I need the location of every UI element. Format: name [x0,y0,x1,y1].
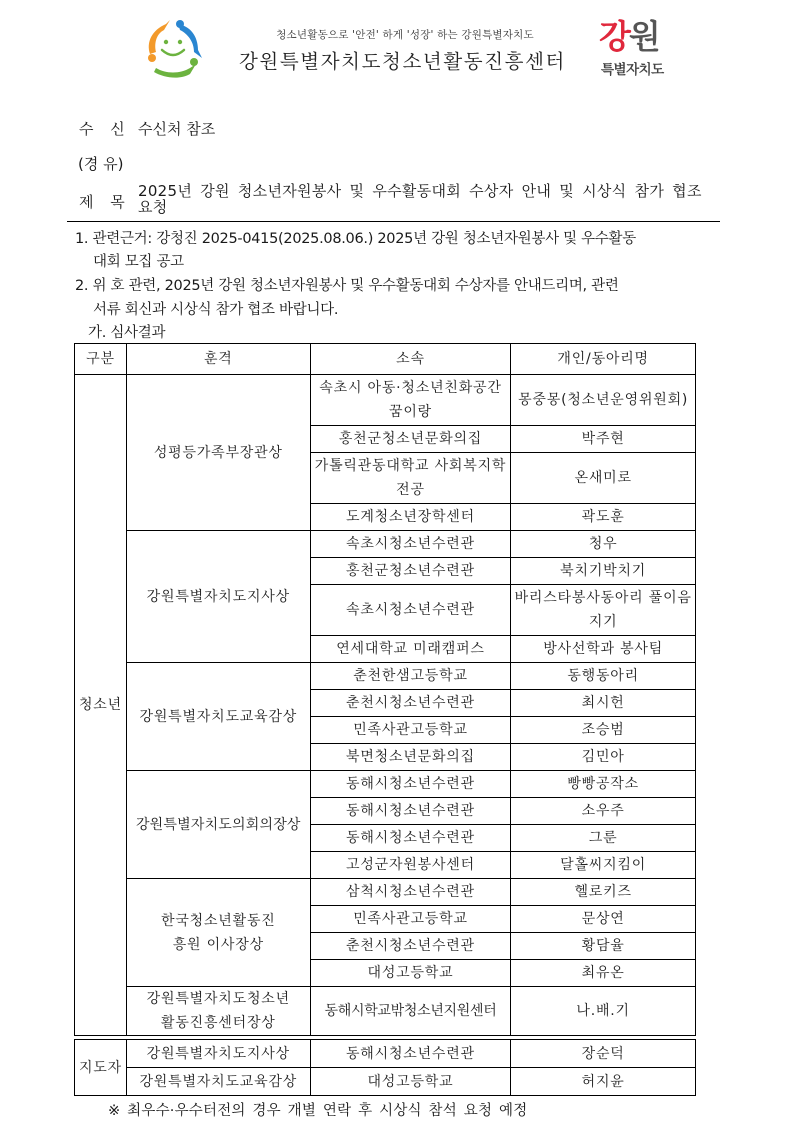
gangwon-logo-char2: 원 [629,17,659,56]
youth-center-logo-icon [140,14,206,80]
results-table: 구분 훈격 소속 개인/동아리명 청소년 성평등가족부장관상 속초시 아동·청소… [74,343,696,1036]
gangwon-logo-sub: 특별자치도 [601,58,664,78]
award-cell: 강원특별자치도교육감상 [126,1068,310,1096]
name-cell: 바리스타봉사동아리 풀이음지기 [511,585,696,636]
award-cell: 강원특별자치도지사상 [126,1040,310,1068]
name-cell: 빵빵공작소 [511,771,696,798]
name-cell: 청우 [511,531,696,558]
table-header-row: 구분 훈격 소속 개인/동아리명 [75,344,696,375]
name-cell: 소우주 [511,798,696,825]
name-cell: 조승범 [511,717,696,744]
affiliation-cell: 고성군자원봉사센터 [310,852,511,879]
name-cell: 황담율 [511,933,696,960]
affiliation-cell: 속초시청소년수련관 [310,585,511,636]
affiliation-cell: 춘천한샘고등학교 [310,663,511,690]
award-cell: 성평등가족부장관상 [126,375,310,531]
name-cell: 박주현 [511,426,696,453]
affiliation-cell: 춘천시청소년수련관 [310,933,511,960]
table-row: 강원특별자치도청소년 활동진흥센터장상 동해시학교밖청소년지원센터 나.배.기 [75,987,696,1036]
name-cell: 몽중몽(청소년운영위원회) [511,375,696,426]
item-2-line-1: 2. 위 호 관련, 2025년 강원 청소년자원봉사 및 우수활동대회 수상자… [75,274,619,295]
affiliation-cell: 도계청소년장학센터 [310,504,511,531]
name-cell: 동행동아리 [511,663,696,690]
table-row: 강원특별자치도교육감상 대성고등학교 허지윤 [75,1068,696,1096]
header-category: 구분 [75,344,127,375]
affiliation-cell: 동해시청소년수련관 [310,825,511,852]
affiliation-cell: 속초시청소년수련관 [310,531,511,558]
sub-heading-results: 가. 심사결과 [88,321,165,342]
affiliation-cell: 민족사관고등학교 [310,717,511,744]
name-cell: 온새미로 [511,453,696,504]
name-cell: 북치기박치기 [511,558,696,585]
award-cell: 강원특별자치도지사상 [126,531,310,663]
item-1-line-1: 1. 관련근거: 강청진 2025-0415(2025.08.06.) 2025… [75,227,636,248]
subject-label: 제 목 [79,191,125,212]
award-cell: 강원특별자치도교육감상 [126,663,310,771]
affiliation-cell: 동해시청소년수련관 [310,1040,511,1068]
name-cell: 문상연 [511,906,696,933]
header-divider [67,221,720,222]
affiliation-cell: 홍천군청소년수련관 [310,558,511,585]
table-row: 지도자 강원특별자치도지사상 동해시청소년수련관 장순덕 [75,1040,696,1068]
name-cell: 최유온 [511,960,696,987]
org-name: 강원특별자치도청소년활동진흥센터 [230,46,575,74]
category-leader: 지도자 [75,1040,127,1096]
name-cell: 헬로키즈 [511,879,696,906]
name-cell: 나.배.기 [511,987,696,1036]
affiliation-cell: 동해시청소년수련관 [310,771,511,798]
affiliation-cell: 동해시청소년수련관 [310,798,511,825]
table-row: 강원특별자치도지사상 속초시청소년수련관 청우 [75,531,696,558]
affiliation-cell: 북면청소년문화의집 [310,744,511,771]
header-name: 개인/동아리명 [511,344,696,375]
name-cell: 달홀씨지킴이 [511,852,696,879]
affiliation-cell: 가톨릭관동대학교 사회복지학전공 [310,453,511,504]
category-youth: 청소년 [75,375,127,1036]
award-cell: 한국청소년활동진흥원 이사장상 [126,879,310,987]
gangwon-logo-icon: 강원 특별자치도 [597,18,665,82]
subject-value: 2025년 강원 청소년자원봉사 및 우수활동대회 수상자 안내 및 시상식 참… [138,183,718,215]
recipient-value: 수신처 참조 [138,118,215,139]
name-cell: 방사선학과 봉사팀 [511,636,696,663]
affiliation-cell: 동해시학교밖청소년지원센터 [310,987,511,1036]
affiliation-cell: 삼척시청소년수련관 [310,879,511,906]
name-cell: 장순덕 [511,1040,696,1068]
table-row: 강원특별자치도의회의장상 동해시청소년수련관 빵빵공작소 [75,771,696,798]
name-cell: 곽도훈 [511,504,696,531]
item-1-line-2: 대회 모집 공고 [93,250,184,271]
header-affiliation: 소속 [310,344,511,375]
header-award: 훈격 [126,344,310,375]
recipient-label: 수 신 [79,118,125,139]
table-row: 청소년 성평등가족부장관상 속초시 아동·청소년친화공간 꿈이랑 몽중몽(청소년… [75,375,696,426]
affiliation-cell: 대성고등학교 [310,1068,511,1096]
award-cell: 강원특별자치도청소년 활동진흥센터장상 [126,987,310,1036]
affiliation-cell: 대성고등학교 [310,960,511,987]
affiliation-cell: 연세대학교 미래캠퍼스 [310,636,511,663]
leaders-table: 지도자 강원특별자치도지사상 동해시청소년수련관 장순덕 강원특별자치도교육감상… [74,1039,696,1096]
affiliation-cell: 춘천시청소년수련관 [310,690,511,717]
gangwon-logo-char1: 강 [599,17,629,56]
name-cell: 그룬 [511,825,696,852]
affiliation-cell: 민족사관고등학교 [310,906,511,933]
award-cell: 강원특별자치도의회의장상 [126,771,310,879]
affiliation-cell: 홍천군청소년문화의집 [310,426,511,453]
via-label: (경 유) [78,153,123,174]
name-cell: 허지윤 [511,1068,696,1096]
name-cell: 김민아 [511,744,696,771]
name-cell: 최시헌 [511,690,696,717]
table-row: 강원특별자치도교육감상 춘천한샘고등학교 동행동아리 [75,663,696,690]
affiliation-cell: 속초시 아동·청소년친화공간 꿈이랑 [310,375,511,426]
slogan: 청소년활동으로 '안전' 하게 '성장' 하는 강원특별자치도 [255,27,555,42]
table-row: 한국청소년활동진흥원 이사장상 삼척시청소년수련관 헬로키즈 [75,879,696,906]
footnote: ※ 최우수·우수터전의 경우 개별 연락 후 시상식 참석 요청 예정 [108,1099,527,1120]
item-2-line-2: 서류 회신과 시상식 참가 협조 바랍니다. [93,298,338,319]
